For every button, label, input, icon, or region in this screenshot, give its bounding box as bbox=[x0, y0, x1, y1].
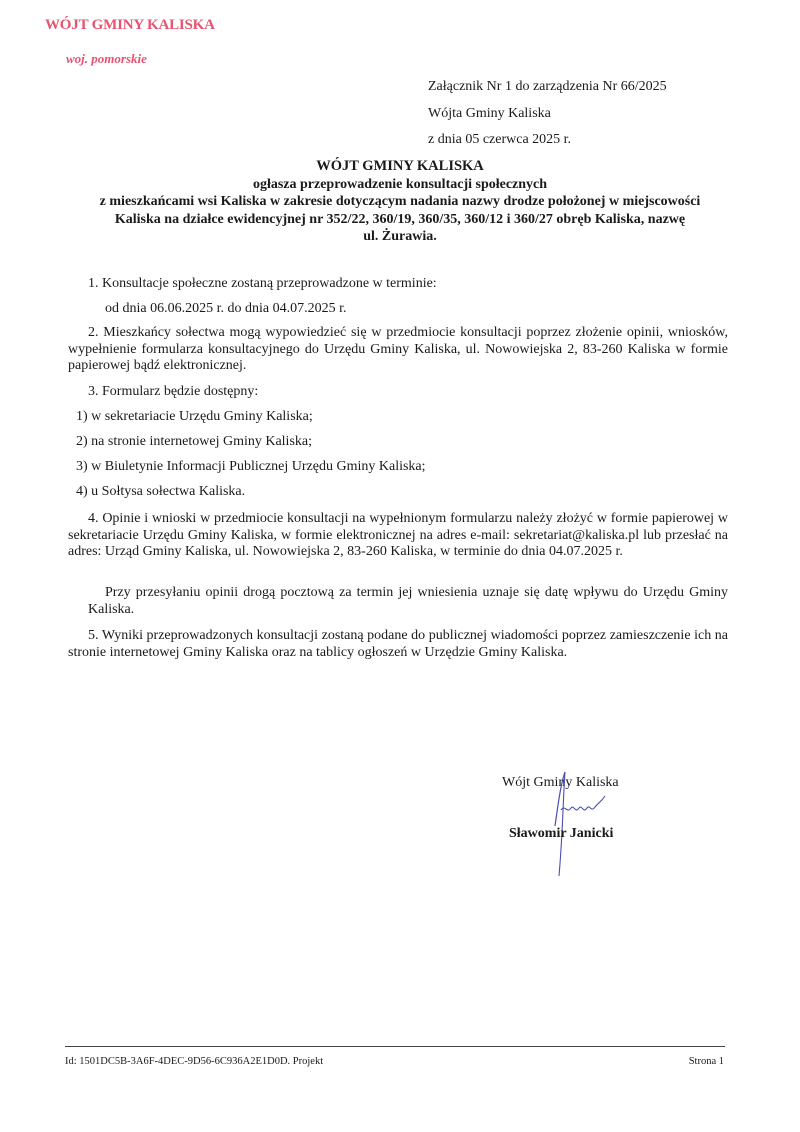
announcement-heading: WÓJT GMINY KALISKA ogłasza przeprowadzen… bbox=[40, 158, 760, 246]
heading-title: WÓJT GMINY KALISKA bbox=[40, 158, 760, 176]
list-item: 4) u Sołtysa sołectwa Kaliska. bbox=[76, 484, 245, 501]
paragraph-4-note: Przy przesyłaniu opinii drogą pocztową z… bbox=[71, 585, 728, 618]
paragraph-3: 3. Formularz będzie dostępny: bbox=[88, 384, 258, 401]
attachment-line-1: Załącznik Nr 1 do zarządzenia Nr 66/2025 bbox=[428, 74, 667, 101]
attachment-line-3: z dnia 05 czerwca 2025 r. bbox=[428, 127, 667, 154]
list-item: 1) w sekretariacie Urzędu Gminy Kaliska; bbox=[76, 409, 313, 426]
attachment-line-2: Wójta Gminy Kaliska bbox=[428, 101, 667, 128]
document-id: Id: 1501DC5B-3A6F-4DEC-9D56-6C936A2E1D0D… bbox=[65, 1056, 323, 1067]
list-item: 3) w Biuletynie Informacji Publicznej Ur… bbox=[76, 459, 426, 476]
heading-line-4: Kaliska na działce ewidencyjnej nr 352/2… bbox=[40, 211, 760, 229]
paragraph-1: 1. Konsultacje społeczne zostaną przepro… bbox=[88, 276, 437, 293]
paragraph-5: 5. Wyniki przeprowadzonych konsultacji z… bbox=[68, 628, 728, 661]
paragraph-4: 4. Opinie i wnioski w przedmiocie konsul… bbox=[68, 511, 728, 561]
handwritten-signature-icon bbox=[535, 770, 625, 880]
paragraph-1-dates: od dnia 06.06.2025 r. do dnia 04.07.2025… bbox=[105, 301, 347, 318]
paragraph-2: 2. Mieszkańcy sołectwa mogą wypowiedzieć… bbox=[68, 325, 728, 375]
heading-line-2: ogłasza przeprowadzenie konsultacji społ… bbox=[40, 176, 760, 194]
heading-line-5: ul. Żurawia. bbox=[40, 228, 760, 246]
signatory-name: Sławomir Janicki bbox=[509, 826, 613, 842]
list-item: 2) na stronie internetowej Gminy Kaliska… bbox=[76, 434, 312, 451]
stamp-subtitle: woj. pomorskie bbox=[66, 51, 147, 67]
stamp-title: WÓJT GMINY KALISKA bbox=[45, 17, 215, 34]
page-number: Strona 1 bbox=[689, 1056, 724, 1067]
footer-divider bbox=[65, 1046, 725, 1047]
attachment-note: Załącznik Nr 1 do zarządzenia Nr 66/2025… bbox=[428, 74, 667, 154]
heading-line-3: z mieszkańcami wsi Kaliska w zakresie do… bbox=[40, 193, 760, 211]
